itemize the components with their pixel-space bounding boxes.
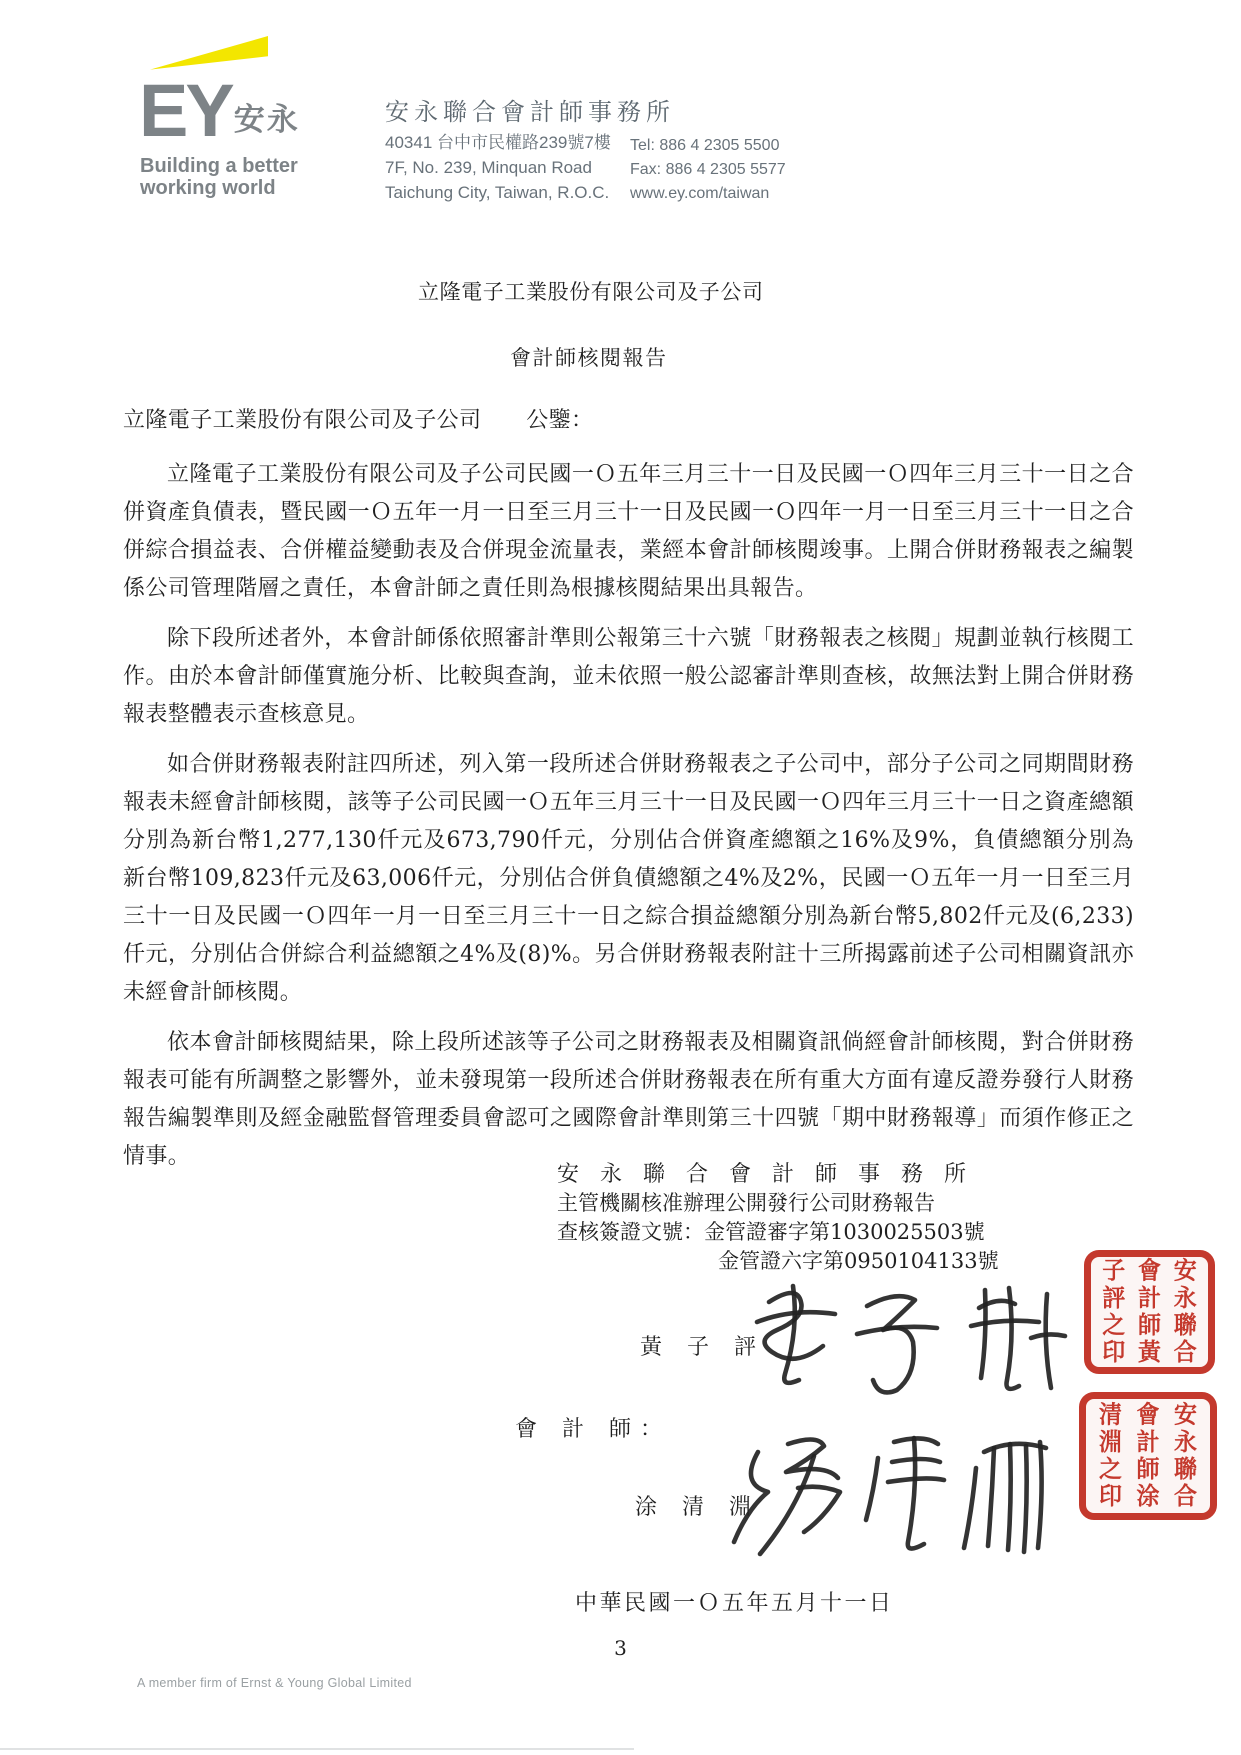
ey-tagline-line1: Building a better bbox=[140, 155, 298, 177]
document-number-line2: 金管證六字第0950104133號 bbox=[718, 1247, 999, 1276]
document-number-line1: 查核簽證文號：金管證審字第1030025503號 bbox=[557, 1218, 999, 1247]
report-title: 會計師核閱報告 bbox=[510, 342, 668, 372]
review-report-page: EY安永 Building a better working world 安永聯… bbox=[0, 0, 1241, 1755]
salutation-line: 立隆電子工業股份有限公司及子公司 公鑒： bbox=[123, 402, 1134, 440]
paragraph-1: 立隆電子工業股份有限公司及子公司民國一Ｏ五年三月三十一日及民國一Ｏ四年三月三十一… bbox=[123, 456, 1134, 608]
seal-column: 安永聯合 bbox=[1173, 1402, 1199, 1510]
red-seal-stamp-accountant2: 清淵之印 會計師涂 安永聯合 bbox=[1079, 1392, 1217, 1520]
seal-column: 安永聯合 bbox=[1172, 1258, 1198, 1366]
footer-rule bbox=[0, 1748, 634, 1750]
fax-line: Fax: 886 4 2305 5577 bbox=[630, 158, 786, 182]
member-firm-note: A member firm of Ernst & Young Global Li… bbox=[137, 1676, 412, 1690]
paragraph-2: 除下段所述者外，本會計師係依照審計準則公報第三十六號「財務報表之核閱」規劃並執行… bbox=[123, 620, 1134, 734]
ey-logo-text: EY bbox=[139, 69, 232, 152]
tel-line: Tel: 886 4 2305 5500 bbox=[630, 134, 786, 158]
address-en-line2: Taichung City, Taiwan, R.O.C. bbox=[385, 180, 611, 205]
seal-column: 會計師涂 bbox=[1135, 1402, 1161, 1510]
signature-block: 安 永 聯 合 會 計 師 事 務 所 主管機關核准辦理公開發行公司財務報告 查… bbox=[557, 1160, 999, 1276]
ey-beam-icon bbox=[150, 36, 268, 71]
accountant-label: 會 計 師： bbox=[515, 1412, 671, 1443]
seal-column: 會計師黃 bbox=[1137, 1258, 1163, 1366]
company-title: 立隆電子工業股份有限公司及子公司 bbox=[418, 276, 764, 306]
seal-column: 清淵之印 bbox=[1098, 1402, 1124, 1510]
ey-tagline-line2: working world bbox=[140, 177, 276, 199]
signing-firm-name: 安 永 聯 合 會 計 師 事 務 所 bbox=[557, 1160, 999, 1189]
seal-column: 子評之印 bbox=[1101, 1258, 1127, 1366]
address-zh: 40341 台中市民權路239號7樓 bbox=[385, 130, 611, 155]
report-date: 中華民國一Ｏ五年五月十一日 bbox=[575, 1586, 894, 1617]
red-seal-stamp-accountant1: 子評之印 會計師黃 安永聯合 bbox=[1084, 1250, 1215, 1374]
accountant2-signature bbox=[726, 1426, 1088, 1561]
firm-contact: Tel: 886 4 2305 5500 Fax: 886 4 2305 557… bbox=[630, 134, 786, 206]
address-en-line1: 7F, No. 239, Minquan Road bbox=[385, 155, 611, 180]
firm-address: 40341 台中市民權路239號7樓 7F, No. 239, Minquan … bbox=[385, 130, 611, 205]
ey-logo-cjk: 安永 bbox=[234, 102, 300, 137]
page-number: 3 bbox=[0, 1636, 1241, 1660]
ey-logo: EY安永 bbox=[139, 74, 298, 148]
accountant1-signature bbox=[745, 1276, 1095, 1401]
paragraph-4: 依本會計師核閱結果，除上段所述該等子公司之財務報表及相關資訊倘經會計師核閱，對合… bbox=[123, 1024, 1134, 1176]
approval-line: 主管機關核准辦理公開發行公司財務報告 bbox=[557, 1189, 999, 1218]
website-line: www.ey.com/taiwan bbox=[630, 182, 786, 206]
firm-name: 安永聯合會計師事務所 bbox=[385, 92, 675, 127]
report-body: 立隆電子工業股份有限公司及子公司 公鑒： 立隆電子工業股份有限公司及子公司民國一… bbox=[123, 402, 1134, 1188]
paragraph-3: 如合併財務報表附註四所述，列入第一段所述合併財務報表之子公司中，部分子公司之同期… bbox=[123, 746, 1134, 1012]
